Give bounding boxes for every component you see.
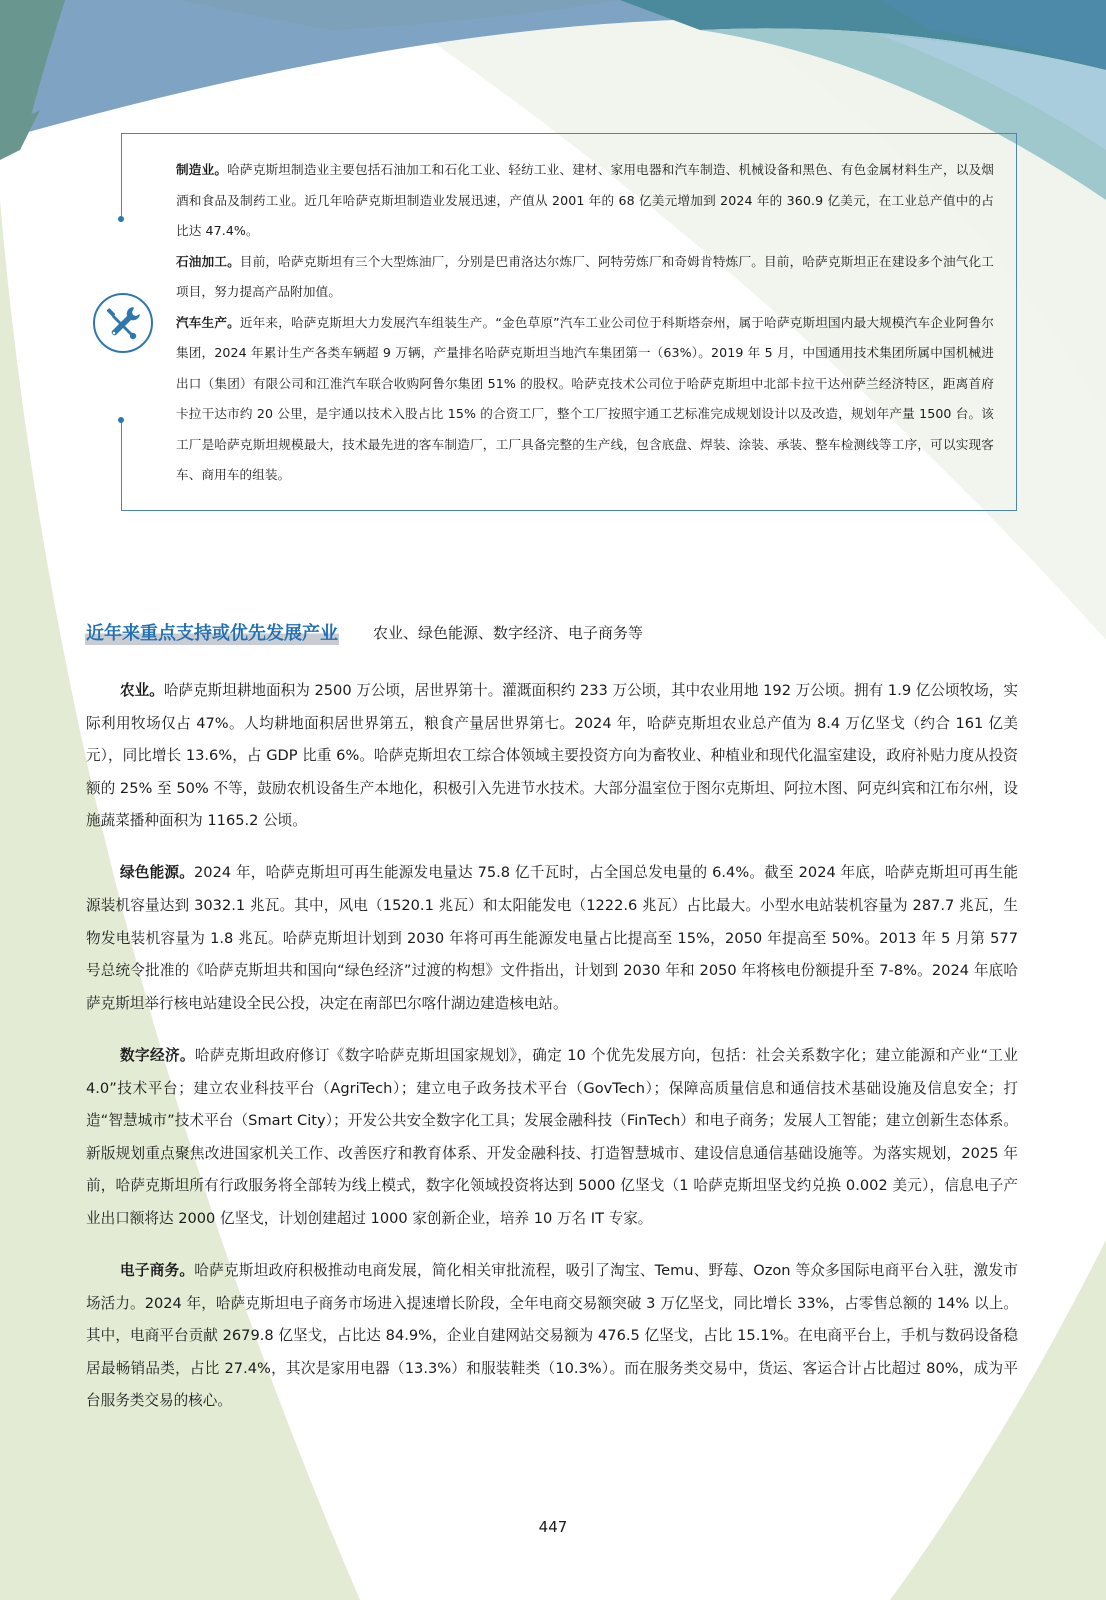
feature-box-text: 制造业。哈萨克斯坦制造业主要包括石油加工和石化工业、轻纺工业、建材、家用电器和汽…	[176, 155, 994, 491]
lead-auto-production: 汽车生产。	[176, 315, 240, 330]
lead-agriculture: 农业。	[120, 682, 164, 699]
text-manufacturing: 哈萨克斯坦制造业主要包括石油加工和石化工业、轻纺工业、建材、家用电器和汽车制造、…	[176, 162, 994, 238]
section-heading: 近年来重点支持或优先发展产业 农业、绿色能源、数字经济、电子商务等	[85, 619, 643, 645]
lead-e-commerce: 电子商务。	[120, 1262, 194, 1279]
paragraph-auto-production: 汽车生产。近年来，哈萨克斯坦大力发展汽车组装生产。“金色草原”汽车工业公司位于科…	[176, 308, 994, 491]
text-digital-economy: 哈萨克斯坦政府修订《数字哈萨克斯坦国家规划》，确定 10 个优先发展方向，包括：…	[86, 1047, 1018, 1227]
section-subtitle: 农业、绿色能源、数字经济、电子商务等	[373, 622, 643, 643]
text-e-commerce: 哈萨克斯坦政府积极推动电商发展，简化相关审批流程，吸引了淘宝、Temu、野莓、O…	[86, 1262, 1018, 1409]
paragraph-manufacturing: 制造业。哈萨克斯坦制造业主要包括石油加工和石化工业、轻纺工业、建材、家用电器和汽…	[176, 155, 994, 247]
paragraph-oil-processing: 石油加工。目前，哈萨克斯坦有三个大型炼油厂，分别是巴甫洛达尔炼厂、阿特劳炼厂和奇…	[176, 247, 994, 308]
text-agriculture: 哈萨克斯坦耕地面积为 2500 万公顷，居世界第十。灌溉面积约 233 万公顷，…	[86, 682, 1018, 829]
text-oil-processing: 目前，哈萨克斯坦有三个大型炼油厂，分别是巴甫洛达尔炼厂、阿特劳炼厂和奇姆肯特炼厂…	[176, 254, 994, 300]
text-green-energy: 2024 年，哈萨克斯坦可再生能源发电量达 75.8 亿千瓦时，占全国总发电量的…	[86, 864, 1018, 1011]
page: 制造业。哈萨克斯坦制造业主要包括石油加工和石化工业、轻纺工业、建材、家用电器和汽…	[0, 0, 1106, 1600]
paragraph-digital-economy: 数字经济。哈萨克斯坦政府修订《数字哈萨克斯坦国家规划》，确定 10 个优先发展方…	[86, 1040, 1018, 1236]
text-auto-production: 近年来，哈萨克斯坦大力发展汽车组装生产。“金色草原”汽车工业公司位于科斯塔奈州，…	[176, 315, 994, 483]
paragraph-e-commerce: 电子商务。哈萨克斯坦政府积极推动电商发展，简化相关审批流程，吸引了淘宝、Temu…	[86, 1255, 1018, 1418]
body-text: 农业。哈萨克斯坦耕地面积为 2500 万公顷，居世界第十。灌溉面积约 233 万…	[86, 675, 1018, 1437]
lead-manufacturing: 制造业。	[176, 162, 227, 177]
lead-green-energy: 绿色能源。	[120, 864, 194, 881]
tools-icon	[93, 293, 153, 353]
lead-oil-processing: 石油加工。	[176, 254, 240, 269]
page-number: 447	[0, 1518, 1106, 1536]
paragraph-green-energy: 绿色能源。2024 年，哈萨克斯坦可再生能源发电量达 75.8 亿千瓦时，占全国…	[86, 857, 1018, 1020]
section-title: 近年来重点支持或优先发展产业	[85, 619, 339, 645]
frame-dot-top	[118, 216, 124, 222]
frame-dot-bottom	[118, 417, 124, 423]
paragraph-agriculture: 农业。哈萨克斯坦耕地面积为 2500 万公顷，居世界第十。灌溉面积约 233 万…	[86, 675, 1018, 838]
lead-digital-economy: 数字经济。	[120, 1047, 195, 1064]
